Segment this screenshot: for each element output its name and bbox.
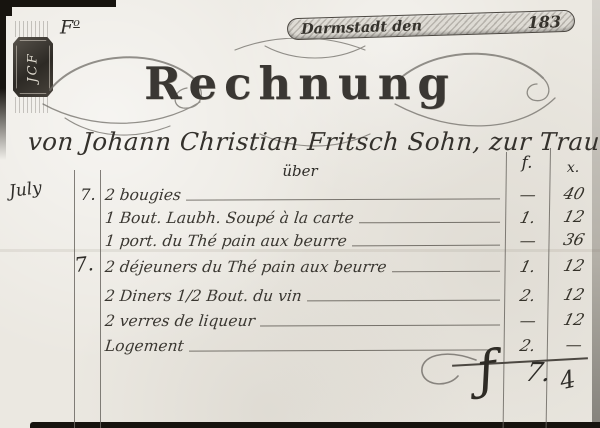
florin-amount: — [505, 231, 552, 250]
line-rule [260, 314, 500, 326]
invoice-line: 2 Diners 1/2 Bout. du vin [105, 287, 505, 307]
line-rule [307, 289, 500, 301]
kreuzer-amount: 12 [551, 207, 598, 226]
folio-label: Fo [60, 16, 80, 38]
day-number: 7. [71, 251, 97, 277]
line-description: 1 port. du Thé pain aux beurre [104, 232, 348, 250]
invoice-line: 2 verres de liqueur [105, 312, 505, 332]
document-title: Rechnung [90, 57, 510, 110]
table-rule-date-right [100, 170, 101, 428]
invoice-line: 2 bougies [105, 186, 505, 206]
banner-year-label: 183 [527, 12, 561, 32]
invoice-document: Fo JCF Darmstadt den 183 Rechnung von Jo… [0, 0, 600, 428]
invoice-line: 1 Bout. Laubh. Soupé à la carte [105, 209, 505, 229]
line-description: 2 déjeuners du Thé pain aux beurre [104, 258, 387, 276]
invoice-line: 2 déjeuners du Thé pain aux beurre [105, 258, 505, 278]
kreuzer-amount: 12 [551, 285, 598, 304]
scan-edge-bottom [30, 422, 600, 428]
line-rule [359, 211, 500, 223]
kreuzer-amount: — [551, 335, 598, 354]
folio-initial: F [60, 16, 73, 38]
invoice-line: 1 port. du Thé pain aux beurre [105, 232, 505, 252]
kreuzer-amount: 36 [551, 230, 598, 249]
column-header-kreuzer: x. [551, 160, 595, 176]
month-label: July [8, 178, 43, 202]
kreuzer-amount: 12 [551, 256, 598, 275]
folio-ordinal: o [73, 16, 80, 29]
florin-amount: 2. [505, 336, 552, 355]
line-rule [392, 260, 501, 272]
florin-amount: 1. [505, 257, 552, 276]
kreuzer-amount: 40 [551, 184, 598, 203]
florin-amount: — [505, 185, 552, 204]
florin-amount: — [505, 311, 552, 330]
line-description: Logement [104, 337, 185, 355]
total-kreuzer: 4 [557, 365, 578, 396]
line-description: 2 verres de liqueur [104, 312, 256, 330]
stamp-hatching-top [15, 21, 51, 37]
scan-edge-top [0, 0, 116, 7]
line-rule [186, 188, 500, 201]
subject-label: über [258, 162, 342, 180]
scan-edge-left [0, 0, 6, 160]
banner-place-label: Darmstadt den [301, 17, 422, 38]
line-rule [352, 234, 500, 246]
total-florin: 7. [523, 358, 554, 388]
florin-amount: 2. [505, 286, 552, 305]
florin-amount: 1. [505, 208, 552, 227]
issuer-line: von Johann Christian Fritsch Sohn, zur T… [27, 127, 577, 156]
line-description: 2 bougies [104, 186, 182, 204]
dateline-banner: Darmstadt den 183 [287, 10, 576, 41]
line-description: 2 Diners 1/2 Bout. du vin [104, 287, 303, 305]
line-description: 1 Bout. Laubh. Soupé à la carte [104, 209, 355, 227]
table-rule-date-left [74, 170, 75, 428]
column-header-florin: f. [505, 153, 549, 173]
kreuzer-amount: 12 [551, 310, 598, 329]
day-number: 7. [76, 185, 100, 204]
